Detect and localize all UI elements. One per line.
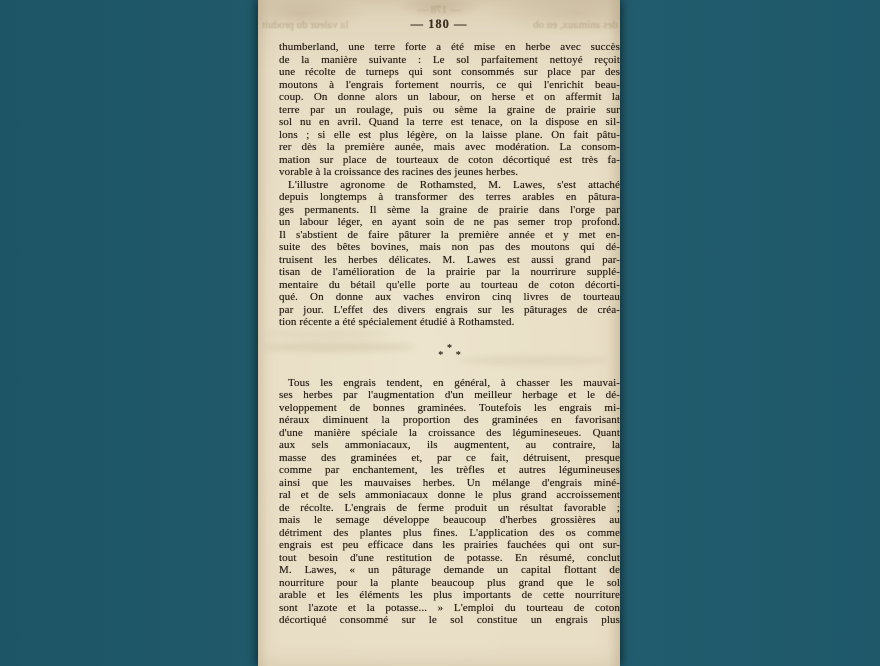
paragraph: Tous les engrais tendent, en général, à …: [279, 377, 620, 627]
text-line: thumberland, une terre forte a été mise …: [279, 41, 620, 54]
text-line: qué. On donne aux vaches environ cinq li…: [279, 291, 620, 304]
text-line: coup. On donne alors un labour, on herse…: [279, 91, 620, 104]
page-number: — 180 —: [258, 17, 620, 32]
text-line: mation sur place de tourteaux de coton d…: [279, 154, 620, 167]
text-line: terre par un roulage, puis ou sème la gr…: [279, 104, 620, 117]
text-line: mentaire du bétail qu'elle porte au tour…: [279, 279, 620, 292]
text-line: de récolte. L'engrais de ferme produit u…: [279, 502, 620, 515]
asterism-separator-icon: ** *: [279, 343, 620, 361]
text-line: veloppement de bonnes graminées. Toutefo…: [279, 402, 620, 415]
text-line: nourriture pour la plante beaucoup plus …: [279, 577, 620, 590]
asterism-row: * *: [433, 352, 466, 359]
text-line: mais le semage développe beaucoup d'herb…: [279, 514, 620, 527]
text-line: Il s'abstient de faire pâturer la premiè…: [279, 229, 620, 242]
text-line: tion récente a été spécialement étudié à…: [279, 316, 620, 329]
text-line: sol nu en avril. Quand la terre est tena…: [279, 116, 620, 129]
text-block: thumberland, une terre forte a été mise …: [279, 41, 620, 627]
text-line: lons ; si elle est plus légère, on la la…: [279, 129, 620, 142]
text-line: truisent les herbes délicates. M. Lawes …: [279, 254, 620, 267]
book-page: — 178 — — 180 — la valeur du produit des…: [258, 0, 620, 666]
text-line: par jour. L'effet des divers engrais sur…: [279, 304, 620, 317]
text-line: rer dès la première aunée, mais avec mod…: [279, 141, 620, 154]
text-line: moutons à l'engrais fortement nourris, c…: [279, 79, 620, 92]
text-line: Tous les engrais tendent, en général, à …: [279, 377, 620, 390]
text-line: ainsi que les mauvaises herbes. Un mélan…: [279, 477, 620, 490]
text-line: ges permanents. Il sème la graine de pra…: [279, 204, 620, 217]
text-line: ses herbes par l'augmentation d'un meill…: [279, 389, 620, 402]
paragraph: thumberland, une terre forte a été mise …: [279, 41, 620, 179]
text-line: néraux diminuent la proportion des grami…: [279, 414, 620, 427]
bleedthrough-page-number: — 178 —: [258, 4, 620, 16]
text-line: suite des bêtes bovines, mais non pas de…: [279, 241, 620, 254]
text-line: comme par enchantement, les trèfles et a…: [279, 464, 620, 477]
scanned-book-view: — 178 — — 180 — la valeur du produit des…: [0, 0, 880, 666]
text-line: tout besoin d'une restitution de potasse…: [279, 552, 620, 565]
text-line: de la manière suivante : Le sol parfaite…: [279, 54, 620, 67]
text-line: ral et de sels ammoniacaux donne le plus…: [279, 489, 620, 502]
text-line: L'illustre agronome de Rothamsted, M. La…: [279, 179, 620, 192]
text-line: décortiqué consommé sur le sol constitue…: [279, 614, 620, 627]
text-line: tisan de l'amélioration de la prairie pa…: [279, 266, 620, 279]
text-line: aux sels ammoniacaux, ils augmentent, au…: [279, 439, 620, 452]
text-line: une récolte de turneps qui sont consommé…: [279, 66, 620, 79]
text-line: M. Lawes, « un pâturage demande un capit…: [279, 564, 620, 577]
text-line: d'une manière spéciale la croissance des…: [279, 427, 620, 440]
paragraph: L'illustre agronome de Rothamsted, M. La…: [279, 179, 620, 329]
text-line: depuis longtemps à transformer des terre…: [279, 191, 620, 204]
text-line: arable et les éléments les plus importan…: [279, 589, 620, 602]
text-line: sont l'azote et la potasse... » L'emploi…: [279, 602, 620, 615]
text-line: masse des graminées et, par ce fait, dét…: [279, 452, 620, 465]
text-line: détriment des plantes plus fines. L'appl…: [279, 527, 620, 540]
text-line: vorable à la croissance des racines des …: [279, 166, 620, 179]
text-line: un labour léger, en ayant soin de ne pas…: [279, 216, 620, 229]
text-line: engrais est peu efficace dans les prairi…: [279, 539, 620, 552]
